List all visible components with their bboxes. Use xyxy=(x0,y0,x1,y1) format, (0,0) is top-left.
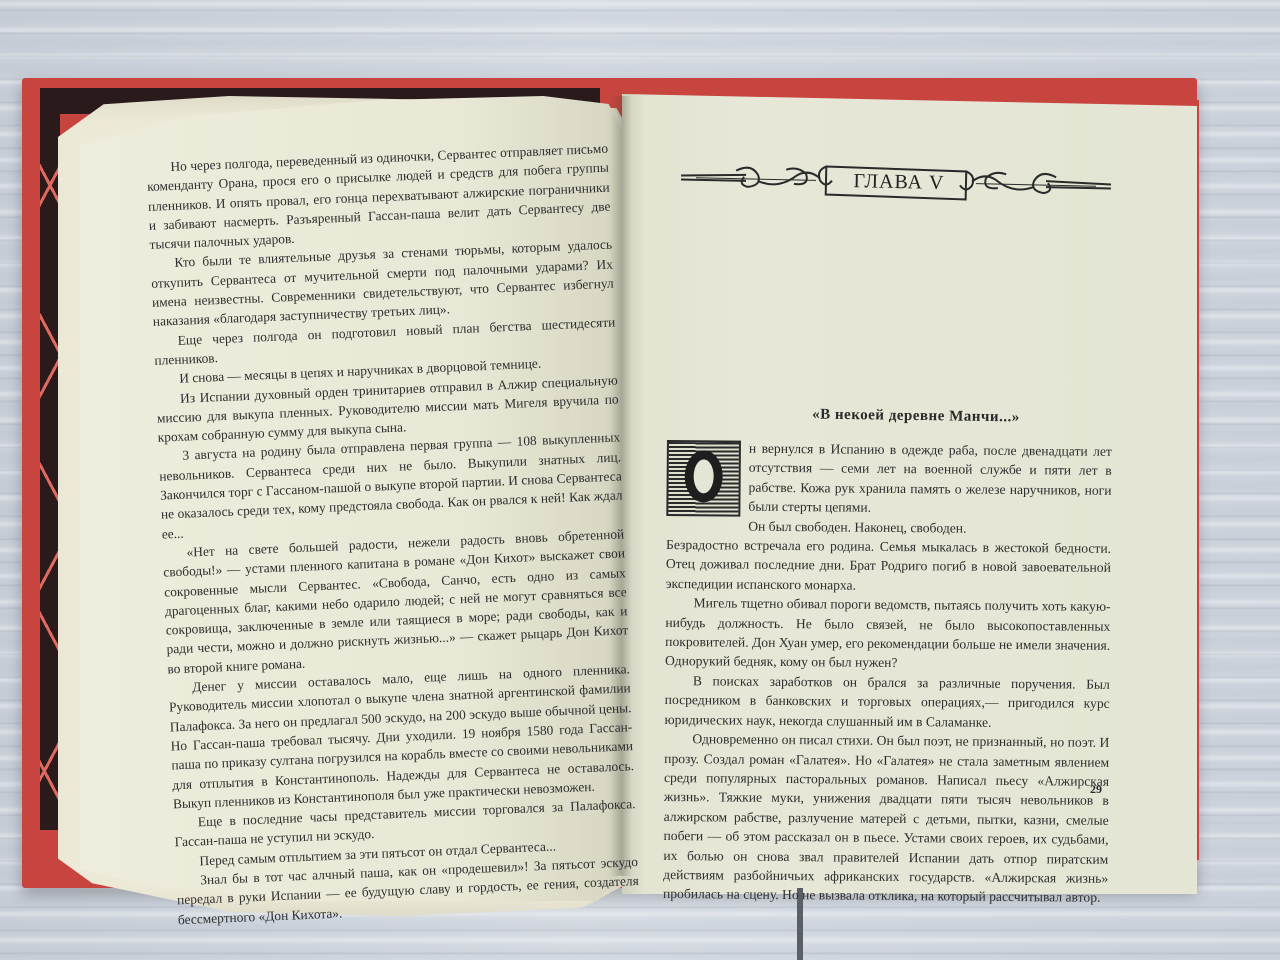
paragraph: Одновременно он писал стихи. Он был поэт… xyxy=(663,729,1110,908)
paragraph: Безрадостно встречала его родина. Семья … xyxy=(666,535,1111,597)
page-number: 29 xyxy=(1090,782,1102,797)
paragraph: «Нет на свете большей радости, нежели ра… xyxy=(162,524,629,678)
cover-pattern-edge xyxy=(40,112,60,830)
paragraph: Денег у миссии оставалось мало, еще лишь… xyxy=(168,659,635,813)
chapter-title: ГЛАВА V xyxy=(844,170,954,195)
paragraph: Мигель тщетно обивал пороги ведомств, пы… xyxy=(665,593,1111,675)
right-page-text: н вернулся в Испанию в одежде раба, посл… xyxy=(663,438,1112,908)
paragraph: В поисках заработков он брался за различ… xyxy=(664,671,1109,733)
left-page-text: Но через полгода, переведенный из одиноч… xyxy=(146,139,640,930)
section-title: «В некоей деревне Манчи...» xyxy=(786,406,1046,427)
drop-cap-letter-o-icon xyxy=(666,440,741,517)
